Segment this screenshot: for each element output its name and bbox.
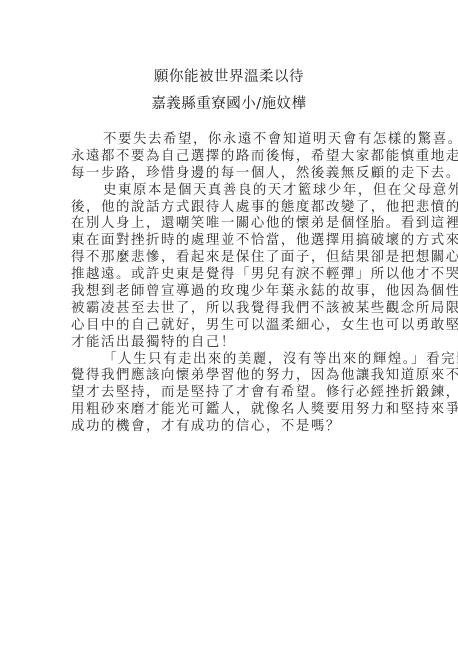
- text-line: 成功的機會，才有成功的信心，不是嗎？: [71, 419, 393, 436]
- text-line: 才能活出最獨特的自己！: [71, 335, 393, 352]
- text-line: 每一步路，珍惜身邊的每一個人，然後義無反顧的走下去。: [71, 166, 393, 183]
- document-title: 願你能被世界溫柔以待: [0, 65, 458, 86]
- text-line: 用粗砂來磨才能光可鑑人，就像名人獎要用努力和堅持來爭取，才有: [71, 402, 393, 419]
- document-body: 不要失去希望，你永遠不會知道明天會有怎樣的驚喜。希望我們永遠都不要為自己選擇的路…: [71, 132, 393, 436]
- document-byline: 嘉義縣重寮國小/施妏樺: [0, 92, 458, 113]
- text-line: 被霸凌甚至去世了，所以我覺得我們不該被某些觀念所局限，做自己: [71, 301, 393, 318]
- document-page: 願你能被世界溫柔以待 嘉義縣重寮國小/施妏樺 不要失去希望，你永遠不會知道明天會…: [0, 0, 458, 648]
- text-line: 不要失去希望，你永遠不會知道明天會有怎樣的驚喜。希望我們: [71, 132, 393, 149]
- text-line: 得不那麼悲慘，看起來是保住了面子，但結果卻是把想關心他的人越: [71, 250, 393, 267]
- text-line: 東在面對挫折時的處理並不恰當，他選擇用搞破壞的方式來讓自己顯: [71, 233, 393, 250]
- text-line: 「人生只有走出來的美麗，沒有等出來的輝煌。」看完影片後我: [71, 352, 393, 369]
- text-line: 永遠都不要為自己選擇的路而後悔，希望大家都能慎重地走好腳下的: [71, 149, 393, 166]
- text-line: 在別人身上，還嘲笑唯一關心他的懷弟是個怪胎。看到這裡我覺得史: [71, 216, 393, 233]
- text-line: 我想到老師曾宣導過的玫瑰少年葉永鋕的故事，他因為個性像女生而: [71, 284, 393, 301]
- text-line: 望才去堅持，而是堅持了才會有希望。修行必經挫折鍛鍊，就如鋼要: [71, 385, 393, 402]
- text-line: 史東原本是個天真善良的天才籃球少年，但在父母意外車禍過世: [71, 183, 393, 200]
- text-line: 推越遠。或許史東是覺得「男兒有淚不輕彈」所以他才不哭，但這讓: [71, 267, 393, 284]
- text-line: 後，他的說話方式跟待人處事的態度都改變了，他把悲憤的情緒發洩: [71, 200, 393, 217]
- text-line: 心目中的自己就好，男生可以溫柔細心，女生也可以勇敢堅強，這樣: [71, 318, 393, 335]
- text-line: 覺得我們應該向懷弟學習他的努力，因為他讓我知道原來不是看到希: [71, 368, 393, 385]
